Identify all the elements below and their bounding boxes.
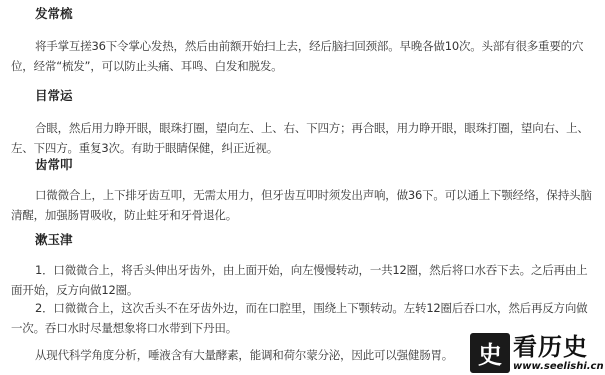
section-heading-teeth: 齿常叩 <box>11 153 73 177</box>
section-heading-eyes: 目常运 <box>11 84 73 108</box>
site-watermark: 史 看历史 www.seelishi.cn <box>470 330 605 375</box>
paragraph-teeth: 口微微合上，上下排牙齿互叩，无需太用力，但牙齿互叩时须发出声响，做36下。可以通… <box>11 185 597 225</box>
paragraph-hair: 将手掌互搓36下令掌心发热，然后由前额开始扫上去，经后脑扫回颈部。早晚各做10次… <box>11 36 597 76</box>
section-heading-hair: 发常梳 <box>11 2 73 26</box>
paragraph-saliva-step1: 1．口微微合上，将舌头伸出牙齿外，由上面开始，向左慢慢转动，一共12圈，然后将口… <box>11 260 597 300</box>
paragraph-eyes: 合眼，然后用力睁开眼，眼珠打圈，望向左、上、右、下四方；再合眼，用力睁开眼，眼珠… <box>11 118 597 158</box>
paragraph-saliva-science: 从现代科学角度分析，唾液含有大量酵素，能调和荷尔蒙分泌，因此可以强健肠胃。 <box>11 345 461 365</box>
section-heading-saliva: 漱玉津 <box>11 228 73 252</box>
watermark-url: www.seelishi.cn <box>513 361 604 373</box>
watermark-title: 看历史 <box>513 333 604 361</box>
seal-logo-icon: 史 <box>470 333 510 373</box>
